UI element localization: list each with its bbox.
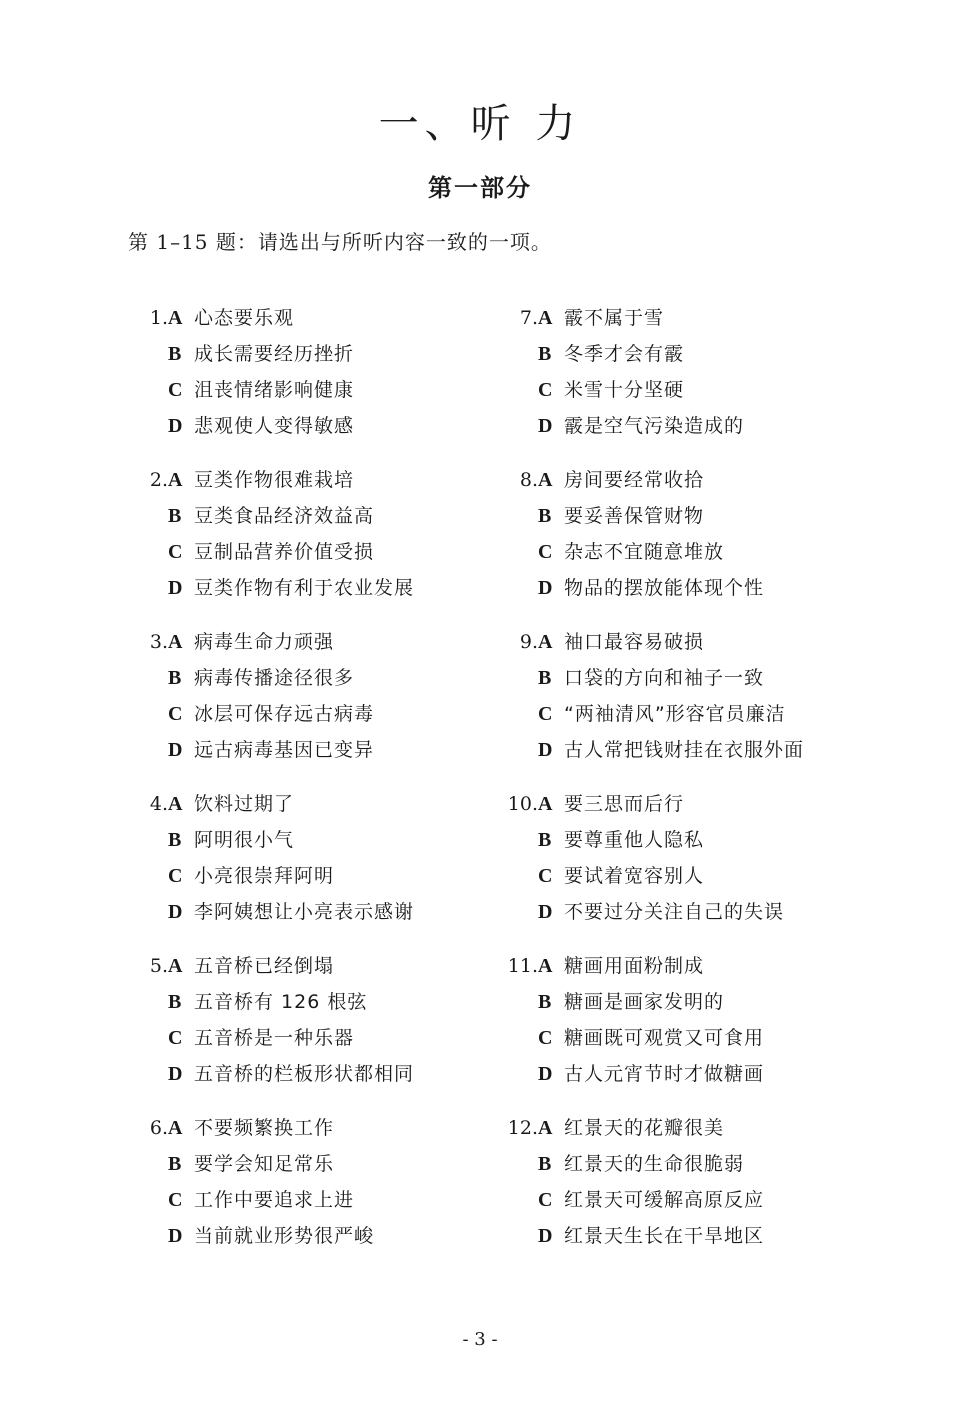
answer-option: C“两袖清风”形容官员廉洁 xyxy=(538,696,786,732)
option-text: 古人元宵节时才做糖画 xyxy=(564,1063,764,1085)
option-letter: D xyxy=(168,1056,194,1092)
answer-option: C要试着宽容别人 xyxy=(538,858,704,894)
answer-option: A房间要经常收拾 xyxy=(538,462,704,498)
option-text: 物品的摆放能体现个性 xyxy=(564,577,764,599)
answer-option: A豆类作物很难栽培 xyxy=(168,462,354,498)
option-text: 豆类食品经济效益高 xyxy=(194,505,374,527)
question-item: 2.A豆类作物很难栽培B豆类食品经济效益高C豆制品营养价值受损D豆类作物有利于农… xyxy=(128,462,508,624)
option-text: 要试着宽容别人 xyxy=(564,865,704,887)
page-title: 一、听 力 xyxy=(0,96,960,152)
option-letter: B xyxy=(538,1146,564,1182)
option-letter: D xyxy=(168,1218,194,1254)
option-letter: C xyxy=(168,534,194,570)
option-letter: C xyxy=(168,372,194,408)
option-text: 不要频繁换工作 xyxy=(194,1117,334,1139)
option-letter: C xyxy=(538,858,564,894)
option-text: 沮丧情绪影响健康 xyxy=(194,379,354,401)
option-text: 豆制品营养价值受损 xyxy=(194,541,374,563)
option-letter: C xyxy=(168,1020,194,1056)
option-letter: D xyxy=(538,1056,564,1092)
question-item: 1.A心态要乐观B成长需要经历挫折C沮丧情绪影响健康D悲观使人变得敏感 xyxy=(128,300,508,462)
question-number: 8. xyxy=(498,462,538,498)
option-text: 杂志不宜随意堆放 xyxy=(564,541,724,563)
answer-option: C沮丧情绪影响健康 xyxy=(168,372,354,408)
instructions: 第 1–15 题：请选出与所听内容一致的一项。 xyxy=(128,226,552,258)
option-text: 口袋的方向和袖子一致 xyxy=(564,667,764,689)
question-number: 1. xyxy=(128,300,168,336)
question-number: 10. xyxy=(498,786,538,822)
answer-option: C豆制品营养价值受损 xyxy=(168,534,374,570)
questions-right-column: 7.A霰不属于雪B冬季才会有霰C米雪十分坚硬D霰是空气污染造成的8.A房间要经常… xyxy=(498,300,878,1272)
question-item: 9.A袖口最容易破损B口袋的方向和袖子一致C“两袖清风”形容官员廉洁D古人常把钱… xyxy=(498,624,878,786)
option-letter: C xyxy=(538,1020,564,1056)
answer-option: D不要过分关注自己的失误 xyxy=(538,894,784,930)
option-letter: B xyxy=(168,822,194,858)
question-number: 7. xyxy=(498,300,538,336)
option-text: 心态要乐观 xyxy=(194,307,294,329)
option-text: 豆类作物很难栽培 xyxy=(194,469,354,491)
question-item: 12.A红景天的花瓣很美B红景天的生命很脆弱C红景天可缓解高原反应D红景天生长在… xyxy=(498,1110,878,1272)
option-letter: D xyxy=(538,570,564,606)
option-text: 豆类作物有利于农业发展 xyxy=(194,577,414,599)
answer-option: D霰是空气污染造成的 xyxy=(538,408,744,444)
option-letter: B xyxy=(538,336,564,372)
option-letter: D xyxy=(168,408,194,444)
question-item: 5.A五音桥已经倒塌B五音桥有 126 根弦C五音桥是一种乐器D五音桥的栏板形状… xyxy=(128,948,508,1110)
option-text: 成长需要经历挫折 xyxy=(194,343,354,365)
question-number: 4. xyxy=(128,786,168,822)
question-item: 7.A霰不属于雪B冬季才会有霰C米雪十分坚硬D霰是空气污染造成的 xyxy=(498,300,878,462)
option-letter: C xyxy=(168,696,194,732)
option-letter: C xyxy=(538,372,564,408)
option-text: 病毒传播途径很多 xyxy=(194,667,354,689)
option-letter: A xyxy=(168,786,194,822)
answer-option: A病毒生命力顽强 xyxy=(168,624,334,660)
option-letter: A xyxy=(168,1110,194,1146)
option-letter: D xyxy=(168,894,194,930)
answer-option: C冰层可保存远古病毒 xyxy=(168,696,374,732)
answer-option: B阿明很小气 xyxy=(168,822,294,858)
option-letter: A xyxy=(168,462,194,498)
questions-left-column: 1.A心态要乐观B成长需要经历挫折C沮丧情绪影响健康D悲观使人变得敏感2.A豆类… xyxy=(128,300,508,1272)
answer-option: A心态要乐观 xyxy=(168,300,294,336)
option-letter: C xyxy=(168,858,194,894)
option-letter: C xyxy=(538,696,564,732)
answer-option: D红景天生长在干旱地区 xyxy=(538,1218,764,1254)
option-text: 五音桥的栏板形状都相同 xyxy=(194,1063,414,1085)
answer-option: A糖画用面粉制成 xyxy=(538,948,704,984)
option-text: 五音桥有 126 根弦 xyxy=(194,991,367,1013)
answer-option: C米雪十分坚硬 xyxy=(538,372,684,408)
answer-option: A要三思而后行 xyxy=(538,786,684,822)
option-text: 饮料过期了 xyxy=(194,793,294,815)
question-number: 2. xyxy=(128,462,168,498)
option-letter: B xyxy=(168,984,194,1020)
answer-option: D古人元宵节时才做糖画 xyxy=(538,1056,764,1092)
answer-option: D古人常把钱财挂在衣服外面 xyxy=(538,732,804,768)
answer-option: B红景天的生命很脆弱 xyxy=(538,1146,744,1182)
answer-option: C小亮很崇拜阿明 xyxy=(168,858,334,894)
question-item: 8.A房间要经常收拾B要妥善保管财物C杂志不宜随意堆放D物品的摆放能体现个性 xyxy=(498,462,878,624)
answer-option: A袖口最容易破损 xyxy=(538,624,704,660)
answer-option: B成长需要经历挫折 xyxy=(168,336,354,372)
answer-option: B糖画是画家发明的 xyxy=(538,984,724,1020)
option-letter: B xyxy=(538,822,564,858)
option-text: 病毒生命力顽强 xyxy=(194,631,334,653)
option-letter: A xyxy=(538,300,564,336)
question-item: 3.A病毒生命力顽强B病毒传播途径很多C冰层可保存远古病毒D远古病毒基因已变异 xyxy=(128,624,508,786)
question-number: 6. xyxy=(128,1110,168,1146)
option-text: 糖画是画家发明的 xyxy=(564,991,724,1013)
option-text: 悲观使人变得敏感 xyxy=(194,415,354,437)
option-letter: B xyxy=(168,1146,194,1182)
answer-option: A五音桥已经倒塌 xyxy=(168,948,334,984)
option-letter: A xyxy=(168,300,194,336)
option-text: 要学会知足常乐 xyxy=(194,1153,334,1175)
option-letter: D xyxy=(168,732,194,768)
option-text: 阿明很小气 xyxy=(194,829,294,851)
option-letter: A xyxy=(538,624,564,660)
option-text: 红景天的生命很脆弱 xyxy=(564,1153,744,1175)
option-letter: C xyxy=(538,1182,564,1218)
option-text: 袖口最容易破损 xyxy=(564,631,704,653)
answer-option: B要妥善保管财物 xyxy=(538,498,704,534)
option-text: 小亮很崇拜阿明 xyxy=(194,865,334,887)
question-number: 9. xyxy=(498,624,538,660)
answer-option: B要尊重他人隐私 xyxy=(538,822,704,858)
option-text: 五音桥是一种乐器 xyxy=(194,1027,354,1049)
option-letter: B xyxy=(168,660,194,696)
option-text: 霰不属于雪 xyxy=(564,307,664,329)
option-letter: B xyxy=(538,660,564,696)
option-letter: D xyxy=(538,732,564,768)
answer-option: B口袋的方向和袖子一致 xyxy=(538,660,764,696)
answer-option: B要学会知足常乐 xyxy=(168,1146,334,1182)
answer-option: A不要频繁换工作 xyxy=(168,1110,334,1146)
option-text: 霰是空气污染造成的 xyxy=(564,415,744,437)
option-letter: B xyxy=(168,498,194,534)
option-letter: B xyxy=(538,498,564,534)
question-item: 4.A饮料过期了B阿明很小气C小亮很崇拜阿明D李阿姨想让小亮表示感谢 xyxy=(128,786,508,948)
answer-option: A霰不属于雪 xyxy=(538,300,664,336)
answer-option: D李阿姨想让小亮表示感谢 xyxy=(168,894,414,930)
answer-option: B冬季才会有霰 xyxy=(538,336,684,372)
answer-option: D物品的摆放能体现个性 xyxy=(538,570,764,606)
answer-option: C工作中要追求上进 xyxy=(168,1182,354,1218)
option-text: 五音桥已经倒塌 xyxy=(194,955,334,977)
question-number: 11. xyxy=(498,948,538,984)
answer-option: C糖画既可观赏又可食用 xyxy=(538,1020,764,1056)
answer-option: B豆类食品经济效益高 xyxy=(168,498,374,534)
answer-option: A饮料过期了 xyxy=(168,786,294,822)
option-text: 红景天的花瓣很美 xyxy=(564,1117,724,1139)
option-text: 当前就业形势很严峻 xyxy=(194,1225,374,1247)
option-letter: C xyxy=(538,534,564,570)
option-letter: A xyxy=(538,1110,564,1146)
answer-option: D当前就业形势很严峻 xyxy=(168,1218,374,1254)
section-title: 第一部分 xyxy=(0,170,960,206)
answer-option: D豆类作物有利于农业发展 xyxy=(168,570,414,606)
option-letter: A xyxy=(168,624,194,660)
option-letter: D xyxy=(538,408,564,444)
option-text: 不要过分关注自己的失误 xyxy=(564,901,784,923)
option-letter: A xyxy=(538,948,564,984)
option-letter: D xyxy=(538,1218,564,1254)
option-text: 远古病毒基因已变异 xyxy=(194,739,374,761)
option-text: “两袖清风”形容官员廉洁 xyxy=(564,703,786,725)
page-number: - 3 - xyxy=(0,1328,960,1352)
option-text: 糖画既可观赏又可食用 xyxy=(564,1027,764,1049)
question-item: 6.A不要频繁换工作B要学会知足常乐C工作中要追求上进D当前就业形势很严峻 xyxy=(128,1110,508,1272)
answer-option: C杂志不宜随意堆放 xyxy=(538,534,724,570)
option-text: 李阿姨想让小亮表示感谢 xyxy=(194,901,414,923)
option-text: 红景天生长在干旱地区 xyxy=(564,1225,764,1247)
question-number: 5. xyxy=(128,948,168,984)
option-text: 糖画用面粉制成 xyxy=(564,955,704,977)
question-item: 10.A要三思而后行B要尊重他人隐私C要试着宽容别人D不要过分关注自己的失误 xyxy=(498,786,878,948)
option-text: 米雪十分坚硬 xyxy=(564,379,684,401)
question-item: 11.A糖画用面粉制成B糖画是画家发明的C糖画既可观赏又可食用D古人元宵节时才做… xyxy=(498,948,878,1110)
option-letter: D xyxy=(538,894,564,930)
option-letter: A xyxy=(168,948,194,984)
option-text: 冰层可保存远古病毒 xyxy=(194,703,374,725)
option-text: 红景天可缓解高原反应 xyxy=(564,1189,764,1211)
answer-option: C红景天可缓解高原反应 xyxy=(538,1182,764,1218)
option-text: 冬季才会有霰 xyxy=(564,343,684,365)
option-letter: A xyxy=(538,786,564,822)
option-text: 要三思而后行 xyxy=(564,793,684,815)
answer-option: A红景天的花瓣很美 xyxy=(538,1110,724,1146)
answer-option: D悲观使人变得敏感 xyxy=(168,408,354,444)
option-text: 古人常把钱财挂在衣服外面 xyxy=(564,739,804,761)
answer-option: B病毒传播途径很多 xyxy=(168,660,354,696)
option-letter: D xyxy=(168,570,194,606)
option-text: 工作中要追求上进 xyxy=(194,1189,354,1211)
answer-option: B五音桥有 126 根弦 xyxy=(168,984,367,1020)
answer-option: D五音桥的栏板形状都相同 xyxy=(168,1056,414,1092)
question-number: 12. xyxy=(498,1110,538,1146)
answer-option: D远古病毒基因已变异 xyxy=(168,732,374,768)
option-letter: A xyxy=(538,462,564,498)
answer-option: C五音桥是一种乐器 xyxy=(168,1020,354,1056)
option-text: 房间要经常收拾 xyxy=(564,469,704,491)
option-letter: C xyxy=(168,1182,194,1218)
option-text: 要尊重他人隐私 xyxy=(564,829,704,851)
option-text: 要妥善保管财物 xyxy=(564,505,704,527)
option-letter: B xyxy=(168,336,194,372)
option-letter: B xyxy=(538,984,564,1020)
question-number: 3. xyxy=(128,624,168,660)
